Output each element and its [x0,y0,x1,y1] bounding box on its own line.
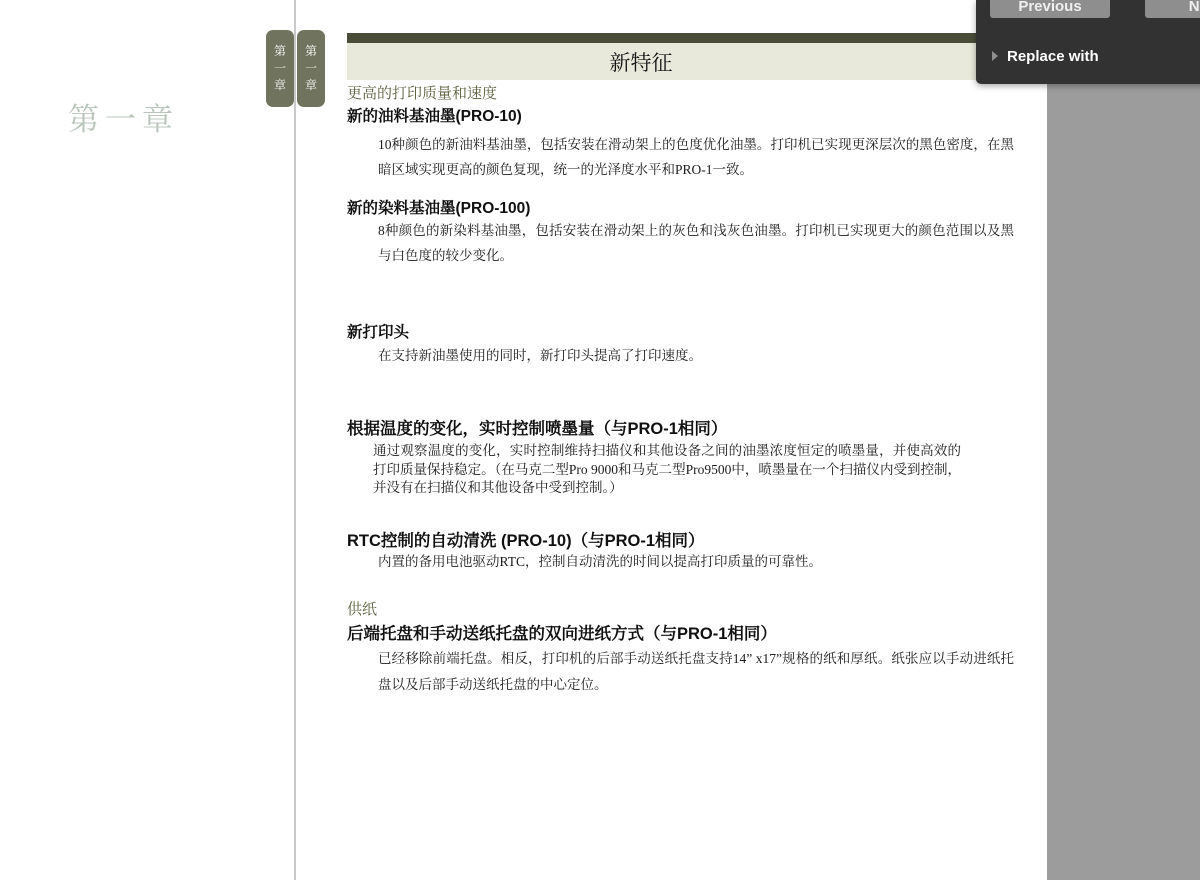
next-button[interactable]: Next [1145,0,1200,18]
group-label-paper-feed: 供纸 [347,598,377,619]
replace-with-expander[interactable]: Replace with [992,46,1099,66]
left-page-chapter-title: 第一章 [68,94,179,139]
group-label-print-quality: 更高的打印质量和速度 [347,82,497,103]
chapter-tab-left: 第一章 [266,30,294,107]
section-heading-temperature-control: 根据温度的变化，实时控制喷墨量（与PRO-1相同） [347,415,727,439]
section-heading-printhead: 新打印头 [347,320,409,342]
chapter-tab-left-label: 第一章 [273,43,287,94]
application-window: 第一章 第一章 第一章 新特征 更高的打印质量和速度 新的油料基油墨(PRO-1… [0,0,1200,880]
section-body-printhead: 在支持新油墨使用的同时，新打印头提高了打印速度。 [378,343,1014,368]
chapter-tab-right: 第一章 [297,30,325,107]
section-body-tray-feed: 已经移除前端托盘。相反，打印机的后部手动送纸托盘支持14” x17”规格的纸和厚… [378,646,1014,698]
previous-button[interactable]: Previous [990,0,1110,18]
section-body-temperature-control: 通过观察温度的变化，实时控制维持扫描仪和其他设备之间的油墨浓度恒定的喷墨量，并使… [373,442,961,498]
section-heading-rtc-cleaning: RTC控制的自动清洗 (PRO-10)（与PRO-1相同） [347,527,705,551]
replace-with-label: Replace with [1007,48,1099,65]
header-accent-strip [347,33,1047,43]
section-heading-dye-ink: 新的染料基油墨(PRO-100) [347,196,530,218]
section-body-oil-ink: 10种颜色的新油料基油墨，包括安装在滑动架上的色度优化油墨。打印机已实现更深层次… [378,132,1014,182]
header-band: 新特征 [347,43,1047,80]
app-background-canvas [1047,0,1200,880]
section-body-rtc-cleaning: 内置的备用电池驱动RTC，控制自动清洗的时间以提高打印质量的可靠性。 [378,549,1014,574]
chevron-right-icon [992,51,998,61]
section-heading-tray-feed: 后端托盘和手动送纸托盘的双向进纸方式（与PRO-1相同） [347,620,777,644]
section-body-dye-ink: 8种颜色的新染料基油墨，包括安装在滑动架上的灰色和浅灰色油墨。打印机已实现更大的… [378,218,1014,268]
find-replace-panel: Previous Next Replace with [976,0,1200,84]
page-title: 新特征 [610,47,673,77]
section-heading-oil-ink: 新的油料基油墨(PRO-10) [347,104,522,126]
page-divider [294,0,296,880]
chapter-tab-right-label: 第一章 [304,43,318,94]
